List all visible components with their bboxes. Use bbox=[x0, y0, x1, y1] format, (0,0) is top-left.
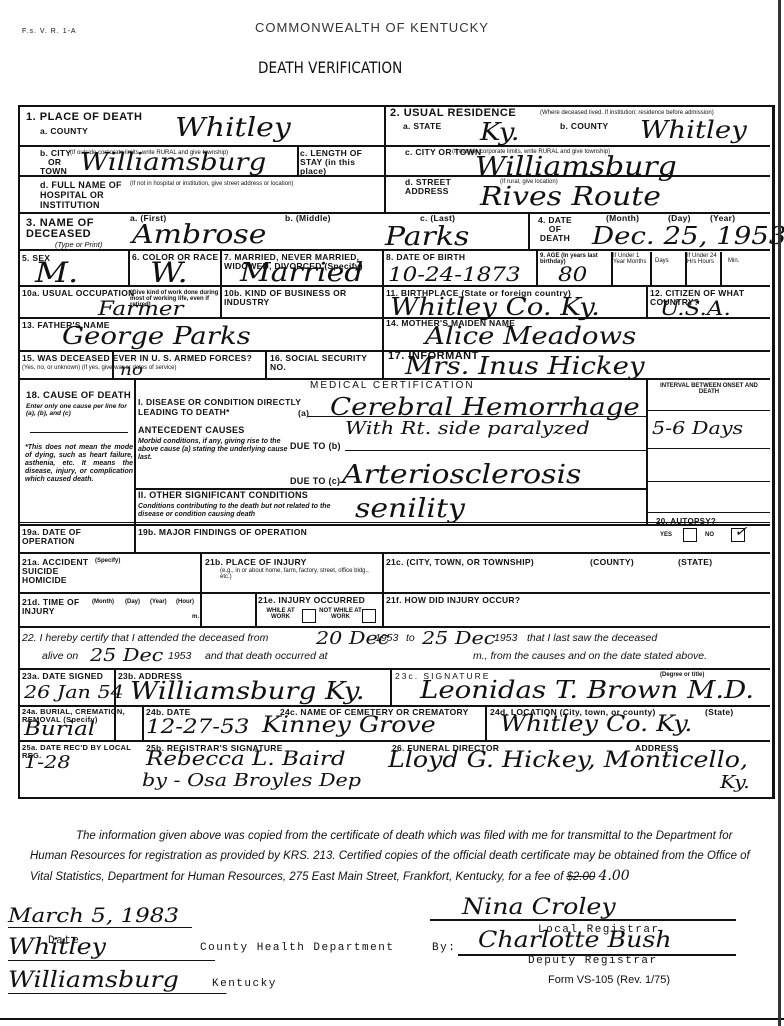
attended-to-year: 1953 bbox=[494, 632, 517, 644]
cert-line-1a: 22. I hereby certify that I attended the… bbox=[22, 632, 268, 644]
alive-year: 1953 bbox=[168, 650, 191, 662]
race-value: W. bbox=[150, 256, 188, 289]
ssn-label: 16. SOCIAL SECURITY NO. bbox=[270, 354, 378, 372]
armed-forces-note: (Yes, no, or unknown) (If yes, give war … bbox=[22, 365, 177, 371]
physician-signature: Leonidas T. Brown M.D. bbox=[420, 676, 754, 704]
under-24-hours: If Under 24 Hrs Hours bbox=[687, 253, 721, 265]
divider bbox=[646, 410, 770, 411]
address-value: Williamsburg Ky. bbox=[130, 677, 365, 705]
while-at-work-checkbox[interactable] bbox=[302, 609, 316, 623]
first-name: Ambrose bbox=[132, 220, 266, 250]
commonwealth-heading: COMMONWEALTH OF KENTUCKY bbox=[255, 20, 489, 35]
divider bbox=[220, 249, 222, 285]
local-registrar-signature: Nina Croley bbox=[462, 895, 616, 920]
autopsy-no-mark: ✓ bbox=[734, 524, 747, 540]
divider bbox=[18, 145, 384, 147]
deputy-registrar-label: Deputy Registrar bbox=[528, 955, 658, 967]
autopsy-no-label: NO bbox=[705, 532, 714, 538]
statement-text: The information given above was copied f… bbox=[30, 830, 750, 883]
divider bbox=[646, 378, 648, 524]
city-value: Williamsburg bbox=[8, 968, 227, 994]
divider bbox=[646, 512, 770, 513]
under-24-min: Min. bbox=[728, 258, 739, 264]
divider bbox=[528, 212, 530, 249]
other-conditions-value: senility bbox=[355, 494, 465, 524]
interval-label: INTERVAL BETWEEN ONSET AND DEATH bbox=[654, 383, 764, 395]
accident-specify: (Specify) bbox=[95, 558, 120, 564]
age-value: 80 bbox=[558, 262, 587, 286]
divider bbox=[128, 249, 130, 285]
copy-statement: The information given above was copied f… bbox=[30, 826, 750, 887]
armed-forces-value: no bbox=[120, 360, 143, 379]
time-of-injury-label: 21d. TIME OF INJURY bbox=[22, 598, 82, 616]
divider bbox=[114, 668, 116, 740]
burial-value: Burial bbox=[24, 716, 95, 740]
divider bbox=[382, 552, 384, 626]
time-month: (Month) bbox=[92, 599, 114, 605]
time-day: (Day) bbox=[125, 599, 140, 605]
mother-value: Alice Meadows bbox=[425, 322, 636, 350]
last-name: Parks bbox=[385, 222, 469, 252]
local-registrar-line bbox=[430, 919, 736, 921]
medical-certification-title: MEDICAL CERTIFICATION bbox=[310, 381, 475, 390]
form-number: Form VS-105 (Rev. 1/75) bbox=[548, 974, 670, 986]
hospital-note: (If not in hospital or institution, give… bbox=[130, 181, 380, 187]
injury-location-label: 21c. (CITY, TOWN, OR TOWNSHIP) bbox=[386, 558, 534, 567]
cert-line-1b: that I last saw the deceased bbox=[527, 632, 657, 644]
county-value: Whitley bbox=[8, 935, 215, 961]
autopsy-yes-checkbox[interactable] bbox=[683, 528, 697, 542]
residence-street: Rives Route bbox=[480, 182, 661, 212]
father-value: George Parks bbox=[62, 322, 251, 350]
dob-label: 8. DATE OF BIRTH bbox=[386, 253, 465, 262]
attended-from-year: 1953 bbox=[375, 632, 398, 644]
state-label: Kentucky bbox=[212, 978, 277, 990]
occupation-value: Farmer bbox=[98, 296, 184, 320]
funeral-address-state: Ky. bbox=[720, 772, 750, 793]
divider bbox=[255, 592, 257, 626]
new-fee: 4.00 bbox=[598, 868, 629, 884]
divider bbox=[650, 252, 652, 285]
divider bbox=[384, 105, 386, 212]
autopsy-yes-label: YES bbox=[660, 532, 672, 538]
name-note: (Type or Print) bbox=[55, 240, 102, 249]
cause-of-death-label: 18. CAUSE OF DEATH bbox=[26, 391, 131, 400]
county-health-dept-label: County Health Department bbox=[200, 942, 394, 954]
sex-value: M. bbox=[35, 256, 78, 289]
place-of-death-county: Whitley bbox=[175, 113, 291, 143]
divider bbox=[18, 668, 770, 670]
divider bbox=[200, 592, 770, 593]
county-label: a. COUNTY bbox=[40, 127, 88, 136]
by-label: By: bbox=[432, 942, 456, 954]
residence-county: Whitley bbox=[640, 116, 747, 144]
divider bbox=[536, 249, 538, 285]
cause-note: Enter only one cause per line for (a), (… bbox=[26, 403, 131, 417]
operation-findings-label: 19b. MAJOR FINDINGS OF OPERATION bbox=[138, 528, 307, 537]
divider bbox=[382, 317, 384, 378]
citizen-value: U.S.A. bbox=[660, 296, 731, 320]
place-of-injury-note: (e.g., in or about home, farm, factory, … bbox=[220, 568, 380, 580]
interval-value: 5-6 Days bbox=[652, 418, 743, 439]
state-label: a. STATE bbox=[403, 122, 441, 131]
divider bbox=[646, 285, 648, 317]
divider bbox=[485, 705, 487, 740]
antecedent-note: Morbid conditions, if any, giving rise t… bbox=[138, 438, 288, 462]
part-1-label: I. DISEASE OR CONDITION DIRECTLY LEADING… bbox=[138, 397, 308, 417]
residence-county-label: b. COUNTY bbox=[560, 122, 609, 131]
issue-date: March 5, 1983 bbox=[8, 903, 192, 928]
cert-line-2b: and that death occurred at bbox=[205, 650, 328, 662]
time-hour: (Hour) bbox=[176, 599, 194, 605]
registrar-signature: Rebecca L. Baird bbox=[146, 746, 346, 770]
alive-on: 25 Dec bbox=[90, 645, 163, 666]
page-title: DEATH VERIFICATION bbox=[258, 58, 402, 77]
cause-c: Arteriosclerosis bbox=[342, 460, 581, 490]
date-signed-value: 26 Jan 54 bbox=[24, 682, 124, 703]
place-of-death-city: Williamsburg bbox=[80, 148, 266, 176]
not-while-at-work-label: NOT WHILE AT WORK bbox=[318, 608, 363, 620]
cause-a-continued: With Rt. side paralyzed bbox=[345, 418, 590, 439]
date-received-value: 1-28 bbox=[24, 752, 71, 773]
deputy-registrar-signature: Charlotte Bush bbox=[478, 928, 672, 953]
antecedent-causes-label: ANTECEDENT CAUSES bbox=[138, 426, 245, 435]
due-to-b-label: DUE TO (b) bbox=[290, 442, 341, 451]
divider bbox=[30, 432, 128, 433]
cemetery-value: Kinney Grove bbox=[262, 713, 436, 738]
time-year: (Year) bbox=[150, 599, 167, 605]
burial-location-state: (State) bbox=[705, 708, 734, 717]
attended-to: 25 Dec bbox=[422, 628, 495, 649]
divider bbox=[382, 249, 384, 285]
divider bbox=[297, 145, 299, 175]
business-label: 10b. KIND OF BUSINESS OR INDUSTRY bbox=[224, 289, 379, 307]
how-injury-label: 21f. HOW DID INJURY OCCUR? bbox=[386, 596, 520, 605]
time-m: m. bbox=[192, 614, 199, 620]
other-conditions-note: Conditions contributing to the death but… bbox=[138, 503, 348, 519]
usual-residence-label: 2. USUAL RESIDENCE bbox=[390, 109, 516, 118]
residence-city: Williamsburg bbox=[475, 152, 677, 182]
other-conditions-label: II. OTHER SIGNIFICANT CONDITIONS bbox=[138, 491, 308, 500]
registrar-signature-deputy: by - Osa Broyles Dep bbox=[142, 770, 361, 791]
place-of-injury-label: 21b. PLACE OF INJURY bbox=[205, 558, 307, 567]
divider bbox=[142, 705, 144, 740]
under-1-year-months: If Under 1 Year Months bbox=[613, 253, 649, 265]
to-word: to bbox=[406, 632, 415, 644]
divider bbox=[345, 450, 646, 451]
injury-state-label: (STATE) bbox=[678, 558, 712, 567]
informant-value: Mrs. Inus Hickey bbox=[405, 352, 645, 380]
accident-label: 21a. ACCIDENT SUICIDE HOMICIDE bbox=[22, 558, 97, 585]
name-of-deceased-label: 3. NAME OF DECEASED bbox=[26, 218, 106, 240]
marital-value: Married bbox=[240, 258, 363, 288]
city-town: TOWN bbox=[40, 167, 67, 176]
under-1-year-days: Days bbox=[655, 258, 669, 264]
divider bbox=[220, 285, 222, 317]
operation-date-label: 19a. DATE OF OPERATION bbox=[22, 528, 132, 546]
not-while-at-work-checkbox[interactable] bbox=[362, 609, 376, 623]
old-fee: $2.00 bbox=[566, 871, 595, 883]
dob-value: 10-24-1873 bbox=[388, 262, 521, 286]
injury-county-label: (COUNTY) bbox=[590, 558, 634, 567]
autopsy-label: 20. AUTOPSY? bbox=[656, 517, 716, 526]
cert-line-2a: alive on bbox=[42, 650, 78, 662]
divider bbox=[646, 448, 770, 449]
length-of-stay-label: c. LENGTH OF STAY (in this place) bbox=[300, 149, 380, 176]
residence-state: Ky. bbox=[480, 118, 520, 146]
place-of-death-label: 1. PLACE OF DEATH bbox=[26, 113, 142, 122]
cause-footnote: *This does not mean the mode of dying, s… bbox=[25, 444, 133, 484]
hospital-label: d. FULL NAME OF HOSPITAL OR INSTITUTION bbox=[40, 180, 130, 210]
form-id: F.s. V. R. 1-A bbox=[22, 28, 77, 35]
burial-date-value: 12-27-53 bbox=[146, 714, 249, 738]
burial-location-value: Whitley Co. Ky. bbox=[500, 712, 692, 737]
divider bbox=[18, 552, 770, 554]
funeral-director-value: Lloyd G. Hickey, Monticello, bbox=[388, 748, 748, 773]
due-to-c-label: DUE TO (c) bbox=[290, 477, 340, 486]
divider bbox=[200, 552, 202, 626]
divider bbox=[390, 668, 392, 705]
cause-a: Cerebral Hemorrhage bbox=[330, 393, 640, 421]
while-at-work-label: WHILE AT WORK bbox=[258, 608, 303, 620]
bottom-edge bbox=[0, 1018, 784, 1020]
street-address-label: d. STREET ADDRESS bbox=[405, 178, 460, 196]
date-of-death-label: 4. DATE OF DEATH bbox=[535, 216, 575, 243]
divider bbox=[18, 740, 770, 742]
cert-line-2c: m., from the causes and on the date stat… bbox=[473, 650, 707, 662]
divider bbox=[382, 285, 384, 317]
middle-name-label: b. (Middle) bbox=[285, 214, 331, 223]
birthplace-value: Whitley Co. Ky. bbox=[390, 293, 600, 321]
injury-occurred-label: 21e. INJURY OCCURRED bbox=[258, 596, 365, 605]
divider bbox=[18, 626, 770, 628]
date-signed-label: 23a. DATE SIGNED bbox=[22, 672, 103, 681]
date-of-death: Dec. 25, 1953 bbox=[592, 222, 784, 250]
divider bbox=[646, 481, 770, 482]
right-edge bbox=[778, 0, 781, 1026]
divider bbox=[134, 378, 136, 552]
